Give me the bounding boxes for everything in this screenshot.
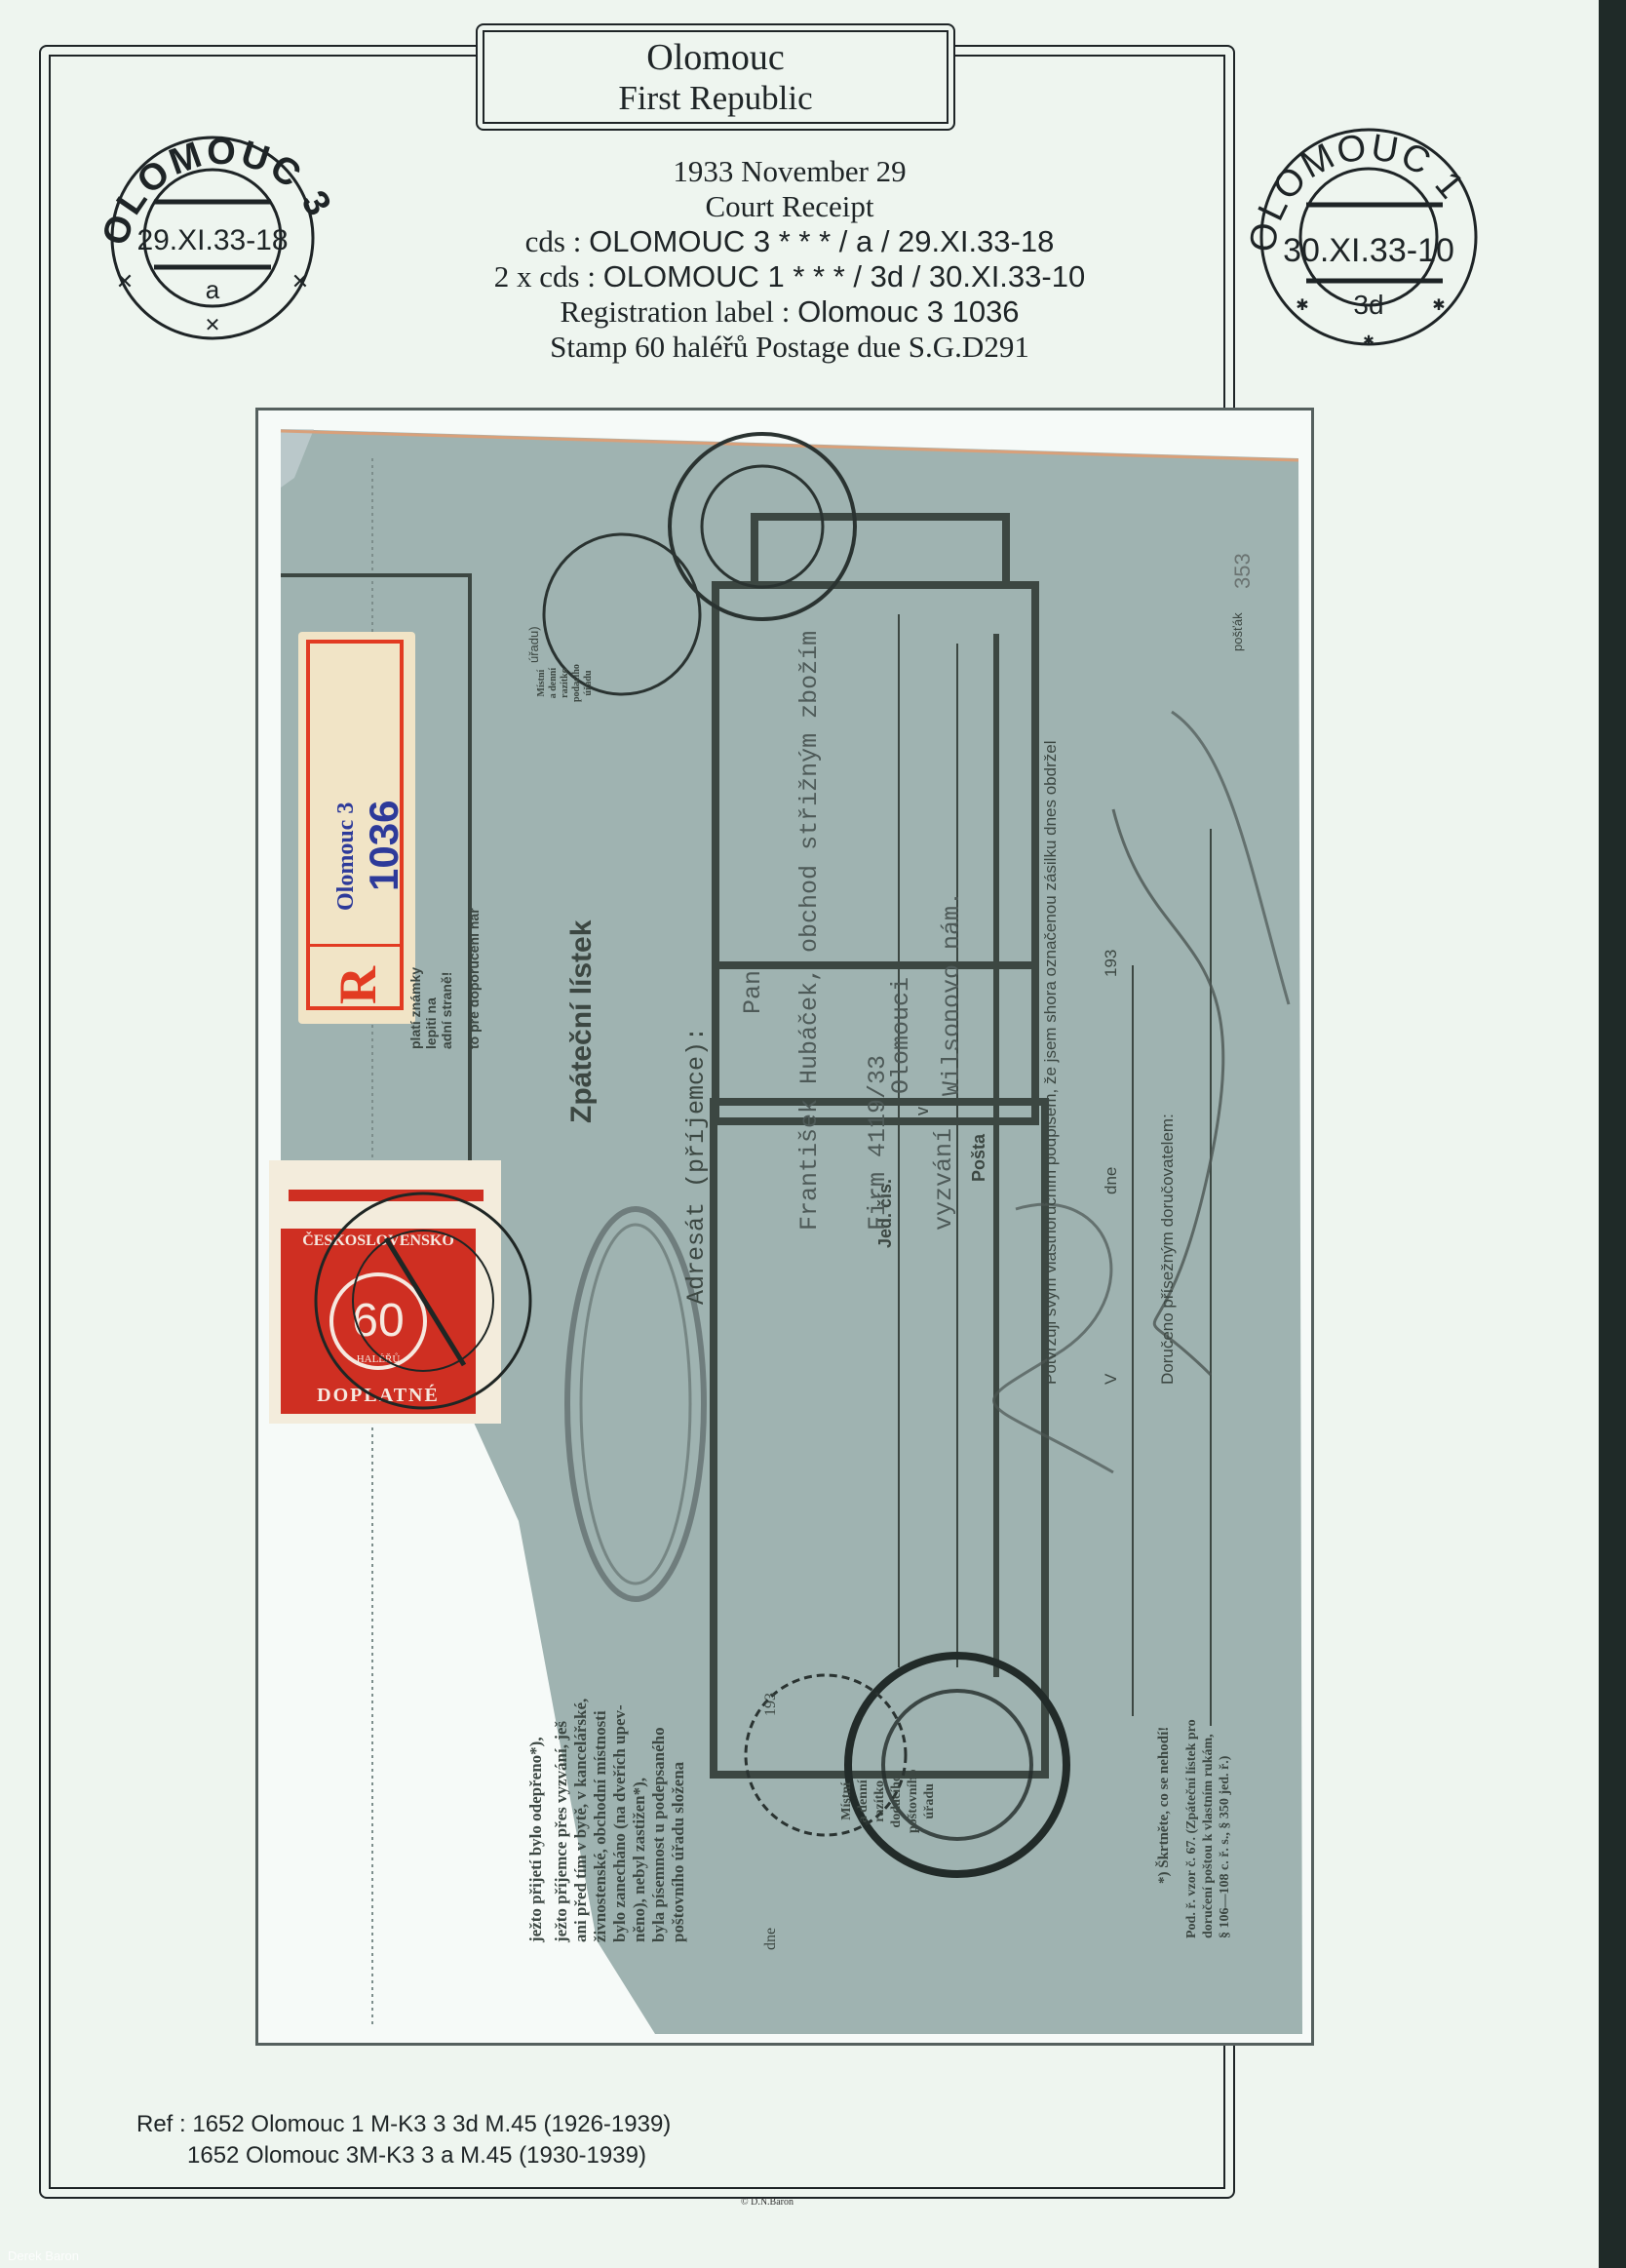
place-label: V [1102, 1374, 1121, 1385]
item-description: 1933 November 29 Court Receipt cds : OLO… [351, 154, 1228, 365]
registration-label: R Olomouc 3 1036 [298, 632, 415, 1024]
svg-text:✱: ✱ [1296, 297, 1308, 314]
page-title: Olomouc [484, 36, 947, 79]
registration-number: 1036 [361, 801, 407, 891]
left-form-line-3: adní straně! [439, 972, 454, 1049]
postage-due-stamp: ČESKOSLOVENSKO 60 HALÉŘŮ DOPLATNÉ [269, 1160, 501, 1424]
street: Wilsonovo nám. [938, 891, 966, 1096]
year-prefix: 193 [1102, 950, 1121, 977]
post-label: Pošta [969, 1134, 989, 1182]
left-form-line-1: platí známky [407, 967, 423, 1049]
stamp-line: Stamp 60 haléřů Postage due S.G.D291 [351, 330, 1228, 365]
references: Ref : 1652 Olomouc 1 M-K3 3 3d M.45 (192… [136, 2109, 671, 2171]
title-box: Olomouc First Republic [476, 23, 955, 131]
postmark-olomouc-3: OLOMOUC 3 29.XI.33-18 a ✕ ✕ ✕ [86, 101, 349, 345]
svg-text:29.XI.33-18: 29.XI.33-18 [136, 224, 288, 256]
addressee-label: Adresát (příjemce): [682, 1027, 711, 1305]
upper-left-note: úřadu) [526, 626, 541, 663]
svg-text:30.XI.33-10: 30.XI.33-10 [1283, 232, 1454, 269]
refusal-text: ježto příjemce přes vyzvání, ješ ani pře… [552, 1699, 688, 1942]
salutation: Pan [739, 970, 767, 1014]
refusal-title: ježto přijetí bylo odepřeno*), [526, 1737, 546, 1942]
cds-line-1: cds : OLOMOUC 3 * * * / a / 29.XI.33-18 [351, 224, 1228, 259]
summons: vyzvání [930, 1128, 958, 1231]
item-date: 1933 November 29 [351, 154, 1228, 189]
confirmation-text: Potvrzuji svým vlastnoručním podpisem, ž… [1041, 741, 1061, 1385]
left-form-line-4: to pre doporučení nár [466, 908, 482, 1049]
delivered-by: Doručeno přísežným doručovatelem: [1158, 1114, 1178, 1385]
left-form-line-2: lepiti na [423, 997, 439, 1049]
svg-text:a: a [206, 275, 220, 304]
addressee-name: František Hubáček, obchod střižným zboží… [795, 631, 824, 1231]
svg-text:✕: ✕ [291, 269, 309, 293]
item-type: Court Receipt [351, 189, 1228, 224]
reference-line-2: 1652 Olomouc 3M-K3 3 a M.45 (1930-1939) [136, 2140, 671, 2171]
registration-office: Olomouc 3 [333, 802, 360, 911]
registration-line: Registration label : Olomouc 3 1036 [351, 294, 1228, 330]
footnote: *) Škrtněte, co se nehodí! [1156, 1727, 1173, 1884]
local-stamp-note: Místní a denní razítko dodacího poštovní… [838, 1770, 938, 1833]
city: Olomouci [887, 977, 915, 1094]
page-subtitle: First Republic [484, 79, 947, 118]
svg-text:✱: ✱ [1363, 332, 1374, 348]
pencil-note: 353 [1230, 553, 1256, 589]
postman-label: pošťák [1230, 612, 1245, 651]
day-label: dne [1102, 1167, 1121, 1194]
svg-text:✕: ✕ [116, 269, 134, 293]
cds-line-2: 2 x cds : OLOMOUC 1 * * * / 3d / 30.XI.3… [351, 259, 1228, 294]
form-title: Zpáteční lístek [565, 920, 599, 1123]
svg-text:3d: 3d [1353, 290, 1383, 320]
form-reference: Pod. ř. vzor č. 67. (Zpáteční lístek pro… [1183, 1719, 1233, 1938]
top-stamp-note: Místní a denní razítko podacího úřadu [536, 664, 595, 702]
city-prefix: v [912, 1107, 933, 1115]
reference-line-1: Ref : 1652 Olomouc 1 M-K3 3 3d M.45 (192… [136, 2109, 671, 2140]
copyright: © D.N.Baron [741, 2197, 794, 2208]
watermark: Derek Baron [8, 2248, 79, 2263]
scan-background-edge [1599, 0, 1626, 2268]
registration-letter: R [328, 966, 388, 1004]
svg-text:✱: ✱ [1432, 297, 1445, 314]
refusal-year: 193 [762, 1693, 780, 1716]
svg-text:✕: ✕ [205, 315, 221, 336]
postmark-olomouc-1: OLOMOUC 1 30.XI.33-10 3d ✱ ✱ ✱ [1246, 107, 1490, 351]
refusal-day-label: dne [762, 1928, 780, 1950]
